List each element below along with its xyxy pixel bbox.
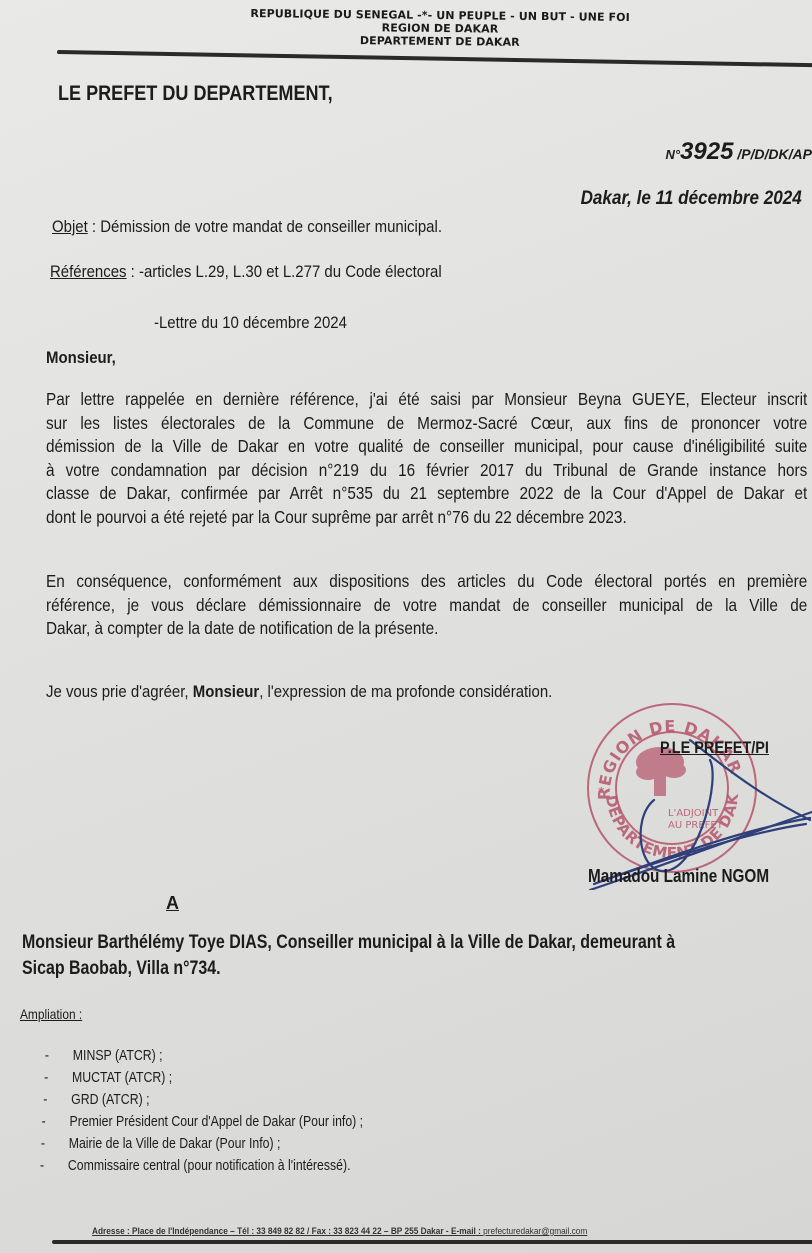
- ampliation-item-text: Commissaire central (pour notification à…: [68, 1155, 351, 1177]
- bullet: -: [42, 1111, 70, 1133]
- subject-label: Objet: [52, 217, 88, 236]
- paragraph-line: En conséquence, conformément aux disposi…: [46, 570, 807, 594]
- recipient-to-label: A: [166, 893, 179, 914]
- reference-item: -articles L.29, L.30 et L.277 du Code él…: [139, 262, 442, 281]
- body-paragraph-1: Par lettre rappelée en dernière référenc…: [46, 388, 807, 530]
- subject-text: Démission de votre mandat de conseiller …: [100, 217, 442, 236]
- bullet: -: [41, 1133, 69, 1155]
- reference-item: -Lettre du 10 décembre 2024: [154, 311, 347, 334]
- paragraph-line: dont le pourvoi a été rejeté par la Cour…: [46, 506, 807, 530]
- footer-address: Adresse : Place de l'Indépendance – Tél …: [92, 1226, 587, 1236]
- paragraph-line: Dakar, à compter de la date de notificat…: [46, 617, 807, 641]
- bullet: -: [43, 1089, 71, 1111]
- bullet: -: [44, 1067, 72, 1089]
- recipient-block: Monsieur Barthélémy Toye DIAS, Conseille…: [22, 930, 675, 982]
- closing-formula: Je vous prie d'agréer, Monsieur, l'expre…: [46, 680, 552, 703]
- issuer-title: LE PREFET DU DEPARTEMENT,: [58, 82, 333, 106]
- ampliation-item-text: Premier Président Cour d'Appel de Dakar …: [70, 1111, 364, 1133]
- ampliation-item: -Mairie de la Ville de Dakar (Pour Info)…: [40, 1133, 363, 1155]
- ampliation-item-text: MINSP (ATCR) ;: [73, 1045, 163, 1067]
- recipient-line: Monsieur Barthélémy Toye DIAS, Conseille…: [22, 930, 675, 956]
- footer-address-text: Adresse : Place de l'Indépendance – Tél …: [92, 1226, 483, 1236]
- signatory-name: Mamadou Lamine NGOM: [588, 866, 769, 887]
- paragraph-line: démission de la Ville de Dakar en votre …: [46, 435, 807, 459]
- ampliation-item-text: Mairie de la Ville de Dakar (Pour Info) …: [69, 1133, 281, 1155]
- ampliation-item: -Premier Président Cour d'Appel de Dakar…: [40, 1111, 363, 1133]
- reference-suffix: /P/D/DK/AP: [733, 146, 812, 162]
- reference-prefix: N°: [665, 147, 680, 162]
- subject-sep: :: [88, 217, 100, 236]
- footer-divider: [52, 1240, 812, 1244]
- salutation: Monsieur,: [46, 346, 116, 369]
- bullet: -: [45, 1045, 73, 1067]
- references-sep: :: [127, 262, 139, 281]
- ampliation-list: -MINSP (ATCR) ; -MUCTAT (ATCR) ; -GRD (A…: [40, 1045, 363, 1177]
- subject-line: Objet : Démission de votre mandat de con…: [52, 215, 442, 238]
- ampliation-item-text: MUCTAT (ATCR) ;: [72, 1067, 172, 1089]
- recipient-line: Sicap Baobab, Villa n°734.: [22, 956, 675, 982]
- ampliation-item: -GRD (ATCR) ;: [40, 1089, 363, 1111]
- footer-email: prefecturedakar@gmail.com: [483, 1226, 587, 1236]
- signatory-title: P.LE PREFET/PI: [660, 738, 769, 758]
- references-label: Références: [50, 262, 127, 281]
- ampliation-title: Ampliation :: [20, 1006, 82, 1022]
- ampliation-item: -MUCTAT (ATCR) ;: [40, 1067, 363, 1089]
- reference-number: N°3925 /P/D/DK/AP: [665, 138, 812, 166]
- reference-value: 3925: [680, 138, 733, 165]
- references-line: Références : -articles L.29, L.30 et L.2…: [50, 260, 442, 283]
- bullet: -: [40, 1155, 68, 1177]
- header-divider: [57, 50, 812, 67]
- closing-text: , l'expression de ma profonde considérat…: [259, 682, 552, 701]
- closing-bold: Monsieur: [193, 682, 259, 701]
- ampliation-item: -MINSP (ATCR) ;: [40, 1045, 363, 1067]
- paragraph-line: classe de Dakar, confirmée par Arrêt n°5…: [46, 482, 807, 506]
- paragraph-line: référence, je vous déclare démissionnair…: [46, 594, 807, 618]
- ampliation-item: -Commissaire central (pour notification …: [40, 1155, 363, 1177]
- paragraph-line: sur les listes électorales de la Commune…: [46, 412, 807, 436]
- paragraph-line: à votre condamnation par décision n°219 …: [46, 459, 807, 483]
- body-paragraph-2: En conséquence, conformément aux disposi…: [46, 570, 807, 641]
- paragraph-line: Par lettre rappelée en dernière référenc…: [46, 388, 807, 412]
- letterhead: REPUBLIQUE DU SENEGAL -*- UN PEUPLE - UN…: [220, 7, 660, 51]
- closing-text: Je vous prie d'agréer,: [46, 682, 193, 701]
- ampliation-item-text: GRD (ATCR) ;: [71, 1089, 149, 1111]
- letter-date: Dakar, le 11 décembre 2024: [581, 188, 802, 210]
